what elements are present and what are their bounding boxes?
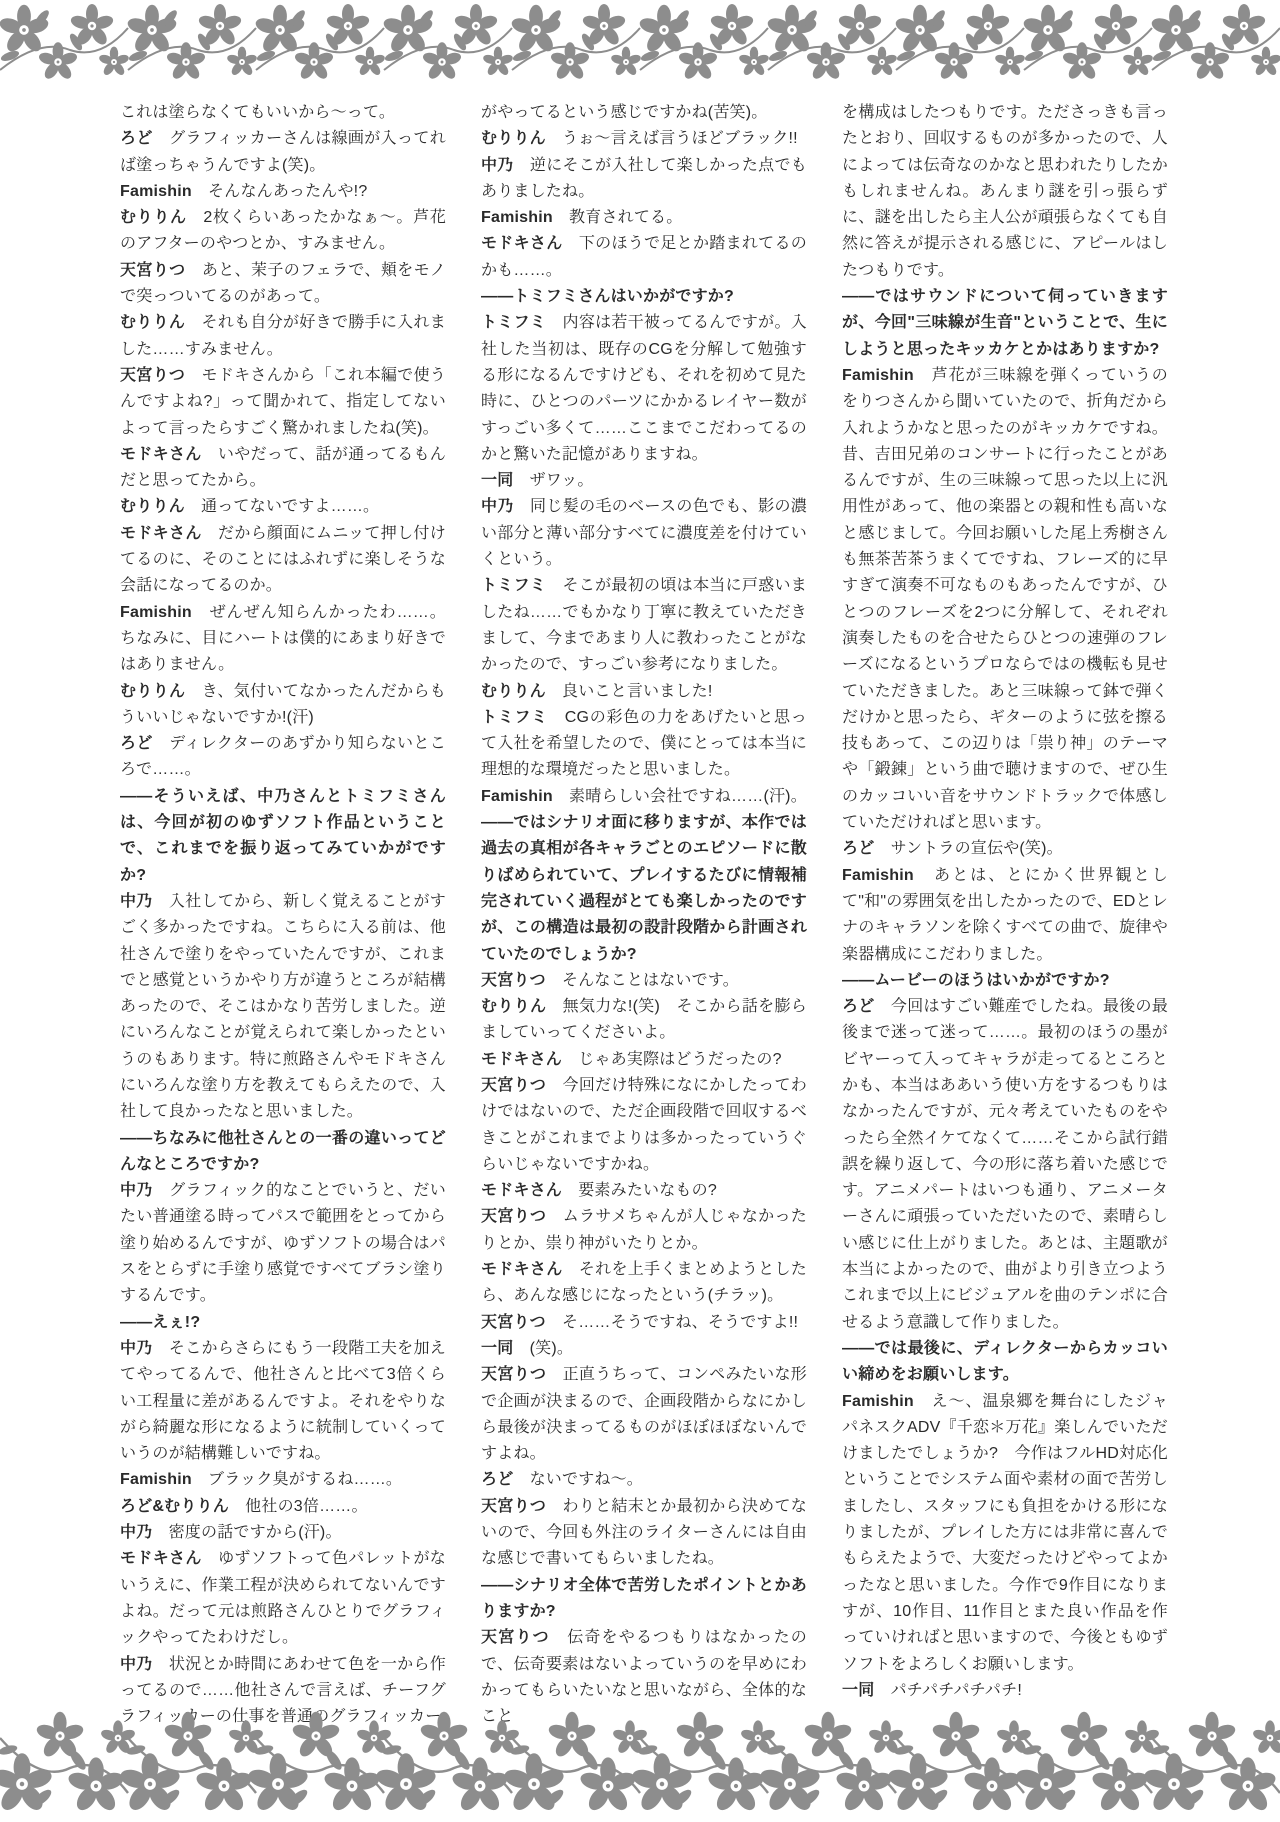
dialogue-paragraph: Famishin 芦花が三味線を弾くっていうのをりつさんから聞いていたので、折角… [842, 363, 1168, 836]
speaker-name: 中乃 [120, 1656, 153, 1673]
dialogue-paragraph: 天宮りつ そんなことはないです。 [481, 968, 807, 994]
speaker-name: むりりん [481, 998, 546, 1015]
speaker-name: 一同 [842, 1682, 874, 1699]
speaker-name: むりりん [120, 683, 185, 700]
dialogue-paragraph: 中乃 グラフィック的なことでいうと、だいたい普通塗る時ってパスで範囲をとってから… [120, 1178, 446, 1309]
speaker-name: むりりん [481, 683, 546, 700]
dialogue-paragraph: ろど グラフィッカーさんは線画が入ってれば塗っちゃうんですよ(笑)。 [120, 126, 446, 179]
speaker-name: ろど [120, 735, 153, 752]
floral-border-bottom [0, 1698, 1280, 1822]
dialogue-paragraph: モドキさん いやだって、話が通ってるもんだと思ってたから。 [120, 442, 446, 495]
speaker-name: ろど [842, 998, 875, 1015]
dialogue-paragraph: 中乃 入社してから、新しく覚えることがすごく多かったですね。こちらに入る前は、他… [120, 889, 446, 1126]
interviewer-question: ――ではサウンドについて伺っていきますが、今回"三味線が生音"ということで、生に… [842, 284, 1168, 363]
speaker-name: モドキさん [481, 1051, 562, 1068]
speaker-name: ろど [481, 1471, 513, 1488]
dialogue-paragraph: Famishin え〜、温泉郷を舞台にしたジャパネスクADV『千恋＊万花』楽しん… [842, 1389, 1168, 1678]
text-column-1: これは塗らなくてもいいから〜って。ろど グラフィッカーさんは線画が入ってれば塗っ… [120, 100, 446, 1730]
speaker-name: トミフミ [481, 314, 546, 331]
dialogue-paragraph: むりりん 良いこと言いました! [481, 679, 807, 705]
speaker-name: むりりん [120, 498, 185, 515]
dialogue-paragraph: を構成はしたつもりです。たださっきも言ったとおり、回収するものが多かったので、人… [842, 100, 1168, 284]
dialogue-paragraph: Famishin あとは、とにかく世界観として"和"の雰囲気を出したかったので、… [842, 863, 1168, 968]
dialogue-paragraph: むりりん うぉ〜言えば言うほどブラック!! [481, 126, 807, 152]
dialogue-paragraph: むりりん 2枚くらいあったかなぁ〜。芦花のアフターのやつとか、すみません。 [120, 205, 446, 258]
dialogue-paragraph: がやってるという感じですかね(苦笑)。 [481, 100, 807, 126]
dialogue-paragraph: モドキさん じゃあ実際はどうだったの? [481, 1047, 807, 1073]
dialogue-paragraph: Famishin ぜんぜん知らんかったわ……。ちなみに、目にハートは僕的にあまり… [120, 600, 446, 679]
interviewer-question: ――ちなみに他社さんとの一番の違いってどんなところですか? [120, 1126, 446, 1179]
text-column-3: を構成はしたつもりです。たださっきも言ったとおり、回収するものが多かったので、人… [842, 100, 1168, 1730]
dialogue-paragraph: トミフミ そこが最初の頃は本当に戸惑いましたね……でもかなり丁寧に教えていただき… [481, 573, 807, 678]
interviewer-question: ――トミフミさんはいかがですか? [481, 284, 807, 310]
speaker-name: 中乃 [120, 1182, 153, 1199]
speaker-name: モドキさん [481, 1261, 563, 1278]
dialogue-paragraph: 天宮りつ モドキさんから「これ本編で使うんですよね?」って聞かれて、指定してない… [120, 363, 446, 442]
dialogue-paragraph: むりりん き、気付いてなかったんだからもういいじゃないですか!(汗) [120, 679, 446, 732]
speaker-name: むりりん [120, 209, 187, 226]
interview-text-area: これは塗らなくてもいいから〜って。ろど グラフィッカーさんは線画が入ってれば塗っ… [120, 100, 1168, 1730]
dialogue-paragraph: 一同 (笑)。 [481, 1336, 807, 1362]
interviewer-question: ――ではシナリオ面に移りますが、本作では過去の真相が各キャラごとのエピソードに散… [481, 810, 807, 968]
dialogue-paragraph: Famishin ブラック臭がするね……。 [120, 1467, 446, 1493]
speaker-name: Famishin [842, 1393, 914, 1410]
dialogue-paragraph: Famishin 教育されてる。 [481, 205, 807, 231]
dialogue-paragraph: ろど&むりりん 他社の3倍……。 [120, 1494, 446, 1520]
speaker-name: Famishin [842, 867, 914, 884]
dialogue-paragraph: 天宮りつ ムラサメちゃんが人じゃなかったりとか、祟り神がいたりとか。 [481, 1204, 807, 1257]
floral-border-top [0, 0, 1280, 88]
speaker-name: 中乃 [481, 157, 514, 174]
speaker-name: 一同 [481, 1340, 513, 1357]
dialogue-paragraph: これは塗らなくてもいいから〜って。 [120, 100, 446, 126]
interviewer-question: ――ムービーのほうはいかがですか? [842, 968, 1168, 994]
speaker-name: Famishin [842, 367, 914, 384]
dialogue-paragraph: モドキさん 下のほうで足とか踏まれてるのかも……。 [481, 231, 807, 284]
speaker-name: ろど [842, 840, 874, 857]
dialogue-paragraph: トミフミ 内容は若干被ってるんですが。入社した当初は、既存のCGを分解して勉強す… [481, 310, 807, 468]
interviewer-question: ――では最後に、ディレクターからカッコいい締めをお願いします。 [842, 1336, 1168, 1389]
dialogue-paragraph: ろど 今回はすごい難産でしたね。最後の最後まで迷って迷って……。最初のほうの墨が… [842, 994, 1168, 1336]
speaker-name: トミフミ [481, 577, 546, 594]
speaker-name: むりりん [481, 130, 546, 147]
dialogue-paragraph: 中乃 そこからさらにもう一段階工夫を加えてやってるんで、他社さんと比べて3倍くら… [120, 1336, 446, 1467]
speaker-name: Famishin [120, 1471, 192, 1488]
speaker-name: トミフミ [481, 709, 548, 726]
dialogue-paragraph: モドキさん ゆずソフトって色パレットがないうえに、作業工程が決められてないんです… [120, 1546, 446, 1651]
speaker-name: ろど [120, 130, 153, 147]
speaker-name: Famishin [120, 183, 192, 200]
interviewer-question: ――えぇ!? [120, 1310, 446, 1336]
speaker-name: モドキさん [120, 446, 202, 463]
dialogue-paragraph: トミフミ CGの彩色の力をあげたいと思って入社を希望したので、僕にとっては本当に… [481, 705, 807, 784]
speaker-name: Famishin [481, 788, 553, 805]
speaker-name: 天宮りつ [481, 1629, 550, 1646]
dialogue-paragraph: 天宮りつ そ……そうですね、そうですよ!! [481, 1310, 807, 1336]
speaker-name: 天宮りつ [481, 1208, 546, 1225]
speaker-name: モドキさん [120, 1550, 202, 1567]
speaker-name: 天宮りつ [481, 1077, 546, 1094]
dialogue-paragraph: モドキさん 要素みたいなもの? [481, 1178, 807, 1204]
dialogue-paragraph: むりりん 無気力な!(笑) そこから話を膨らましていってくださいよ。 [481, 994, 807, 1047]
speaker-name: 中乃 [481, 498, 514, 515]
dialogue-paragraph: モドキさん だから顔面にムニッて押し付けてるのに、そのことにはふれずに楽しそうな… [120, 521, 446, 600]
speaker-name: 天宮りつ [481, 1498, 546, 1515]
speaker-name: 中乃 [120, 893, 153, 910]
speaker-name: 天宮りつ [120, 367, 185, 384]
speaker-name: 天宮りつ [481, 972, 546, 989]
speaker-name: ろど&むりりん [120, 1498, 229, 1515]
dialogue-paragraph: モドキさん それを上手くまとめようとしたら、あんな感じになったという(チラッ)。 [481, 1257, 807, 1310]
dialogue-paragraph: ろど ディレクターのあずかり知らないところで……。 [120, 731, 446, 784]
speaker-name: モドキさん [120, 525, 202, 542]
dialogue-paragraph: ろど ないですね〜。 [481, 1467, 807, 1493]
speaker-name: 一同 [481, 472, 513, 489]
speaker-name: Famishin [481, 209, 553, 226]
dialogue-paragraph: 天宮りつ わりと結末とか最初から決めてないので、今回も外注のライターさんには自由… [481, 1494, 807, 1573]
dialogue-paragraph: Famishin 素晴らしい会社ですね……(汗)。 [481, 784, 807, 810]
speaker-name: 天宮りつ [120, 262, 186, 279]
dialogue-paragraph: Famishin そんなんあったんや!? [120, 179, 446, 205]
dialogue-paragraph: 天宮りつ 正直うちって、コンペみたいな形で企画が決まるので、企画段階からなにかし… [481, 1362, 807, 1467]
dialogue-paragraph: 天宮りつ 今回だけ特殊になにかしたってわけではないので、ただ企画段階で回収するべ… [481, 1073, 807, 1178]
dialogue-paragraph: 天宮りつ あと、茉子のフェラで、頬をモノで突っついてるのがあって。 [120, 258, 446, 311]
speaker-name: 中乃 [120, 1524, 152, 1541]
speaker-name: モドキさん [481, 1182, 562, 1199]
dialogue-paragraph: むりりん 通ってないですよ……。 [120, 494, 446, 520]
speaker-name: 中乃 [120, 1340, 153, 1357]
dialogue-paragraph: 中乃 同じ髪の毛のベースの色でも、影の濃い部分と薄い部分すべてに濃度差を付けてい… [481, 494, 807, 573]
magazine-interview-page: { "theme": { "background": "#ffffff", "t… [0, 0, 1280, 1822]
speaker-name: モドキさん [481, 235, 563, 252]
text-column-2: がやってるという感じですかね(苦笑)。むりりん うぉ〜言えば言うほどブラック!!… [481, 100, 807, 1730]
dialogue-paragraph: 中乃 逆にそこが入社して楽しかった点でもありましたね。 [481, 153, 807, 206]
speaker-name: 天宮りつ [481, 1314, 546, 1331]
dialogue-paragraph: 中乃 密度の話ですから(汗)。 [120, 1520, 446, 1546]
speaker-name: Famishin [120, 604, 192, 621]
speaker-name: むりりん [120, 314, 185, 331]
dialogue-paragraph: 一同 ザワッ。 [481, 468, 807, 494]
interviewer-question: ――シナリオ全体で苦労したポイントとかありますか? [481, 1573, 807, 1626]
dialogue-paragraph: むりりん それも自分が好きで勝手に入れました……すみません。 [120, 310, 446, 363]
dialogue-paragraph: ろど サントラの宣伝や(笑)。 [842, 836, 1168, 862]
interviewer-question: ――そういえば、中乃さんとトミフミさんは、今回が初のゆずソフト作品ということで、… [120, 784, 446, 889]
speaker-name: 天宮りつ [481, 1366, 546, 1383]
